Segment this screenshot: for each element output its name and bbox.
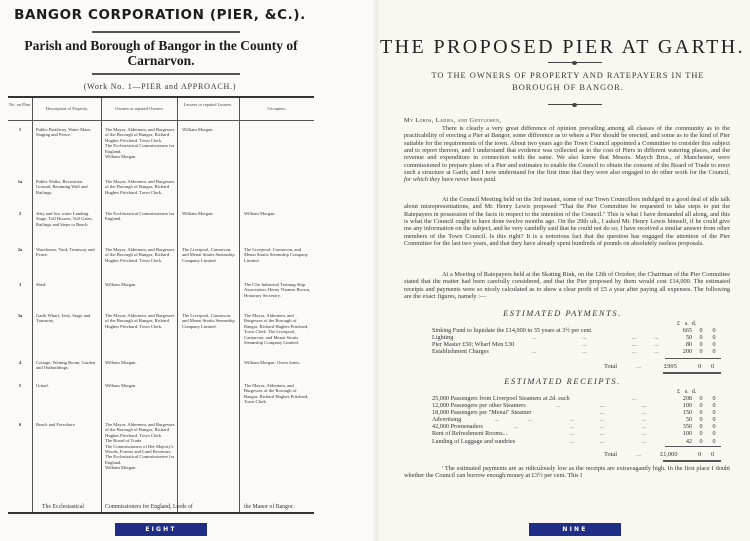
header-lessees: Lessees or reputed Lessees.	[179, 102, 237, 108]
row-description: Public Walks, Recreation Ground, Retaini…	[36, 179, 98, 195]
receipt-row: 25,000 Passengers from Liverpool Steamer…	[432, 395, 722, 402]
total-double-rule	[663, 460, 721, 462]
row-no: 6	[8, 422, 32, 427]
row-owners: The Mayor, Aldermen, and Burgesses of th…	[105, 247, 175, 263]
currency-header: £ s. d.	[677, 388, 696, 395]
receipt-row: Landing of Luggage and sundries ... ... …	[432, 438, 722, 445]
leader-dots: ...	[636, 363, 641, 370]
header-occupiers: Occupiers.	[241, 106, 313, 112]
receipt-row: Advertising ... ... ... ... ... 50 0 0	[432, 416, 722, 423]
column-divider	[32, 98, 33, 512]
row-owners: William Morgan.	[105, 282, 175, 287]
page-gutter	[372, 0, 380, 541]
row-description: Urinal.	[36, 383, 98, 388]
letter-paragraph-3: At a Meeting of Ratepayers held at the S…	[404, 271, 730, 300]
row-description: Public Roadway, Water Main, Staging and …	[36, 127, 98, 138]
payment-row: Pier Master £50; Wharf Men £30 ... ... .…	[432, 341, 722, 348]
row-owners: William Morgan.	[105, 360, 175, 365]
row-lessees: William Morgan.	[182, 127, 238, 132]
row-no: 3a	[8, 313, 32, 318]
row-description: Shed.	[36, 282, 98, 287]
row-lessees: The Liverpool, Carnarvon, and Menai Stra…	[182, 313, 238, 329]
receipts-heading: ESTIMATED RECEIPTS.	[375, 377, 750, 386]
row-no: 5	[8, 383, 32, 388]
payments-total-d: 0	[711, 363, 714, 370]
ornament-divider	[548, 104, 602, 105]
row-owners: The Mayor, Aldermen, and Burgesses of th…	[105, 422, 175, 471]
left-page-title: BANGOR CORPORATION (PIER, &C.).	[0, 7, 320, 23]
row-no: 3	[8, 282, 32, 287]
title-rule	[92, 31, 240, 33]
right-page-title: THE PROPOSED PIER AT GARTH.	[375, 36, 750, 59]
row-no: 1a	[8, 179, 32, 184]
letter-paragraph-1: There is clearly a very great difference…	[404, 125, 730, 184]
table-header: No. on Plan. Description of Property. Ow…	[8, 98, 314, 121]
receipt-row: 18,000 Passengers per "Menai" Steamer ..…	[432, 409, 722, 416]
receipts-total-s: 0	[698, 451, 701, 458]
header-no: No. on Plan.	[8, 102, 32, 108]
row-owners: The Ecclesiastical Commissioners for Eng…	[105, 211, 175, 222]
row-occupiers: William Morgan. Owen Jones.	[244, 360, 312, 365]
subtitle-rule	[92, 73, 240, 75]
receipts-total-d: 0	[711, 451, 714, 458]
left-page: BANGOR CORPORATION (PIER, &C.). Parish a…	[0, 0, 375, 541]
row-no: 2	[8, 211, 32, 216]
row-occupiers: The Clio Industrial Training Ship Associ…	[244, 282, 312, 298]
leader-dots: ...	[636, 451, 641, 458]
payment-row: Lighting ... ... ... ... 50 0 0	[432, 334, 722, 341]
address-line: TO THE OWNERS OF PROPERTY AND RATEPAYERS…	[408, 70, 728, 94]
row-description: Cottage, Waiting Room, Garden and Outbui…	[36, 360, 98, 371]
payments-heading: ESTIMATED PAYMENTS.	[375, 309, 750, 318]
page-number-badge-nine: NINE	[529, 523, 621, 536]
payment-row: Sinking Fund to liquidate the £14,000 in…	[432, 327, 722, 334]
receipt-row: Rent of Refreshment Rooms... ... ... ...…	[432, 430, 722, 437]
row-description: Garth Wharf, Jetty, Stage and Tramway.	[36, 313, 98, 324]
receipts-list: 25,000 Passengers from Liverpool Steamer…	[432, 395, 722, 445]
column-divider	[177, 98, 178, 512]
row-owners: William Morgan.	[105, 383, 175, 388]
row-occupiers: The Liverpool, Carnarvon, and Menai Stra…	[244, 247, 312, 263]
row-owners: The Mayor, Aldermen, and Burgesses of th…	[105, 127, 175, 159]
column-divider	[101, 98, 102, 512]
row-occupiers: The Mayor, Aldermen, and Burgesses of th…	[244, 383, 312, 405]
row-no: 2a	[8, 247, 32, 252]
currency-header: £ s. d.	[677, 320, 696, 327]
row-description: Beach and Foreshore.	[36, 422, 98, 427]
row-no: 1	[8, 127, 32, 132]
column-divider	[239, 98, 240, 512]
payments-total-amount: £995	[664, 363, 677, 370]
sum-rule	[665, 446, 721, 447]
receipts-total-label: Total	[604, 451, 617, 458]
payment-row: Establishment Charges ... ... ... ... 20…	[432, 348, 722, 355]
receipt-row: 42,000 Promenaders ... ... ... ... 350 0…	[432, 423, 722, 430]
receipts-total-amount: £1,000	[660, 451, 678, 458]
letter-paragraph-4: ' The estimated payments are as ridiculo…	[404, 465, 730, 480]
row-lessees: The Liverpool, Carnarvon, and Menai Stra…	[182, 247, 238, 263]
sum-rule	[665, 358, 721, 359]
page-number-badge-eight: EIGHT	[115, 523, 207, 536]
payments-list: Sinking Fund to liquidate the £14,000 in…	[432, 327, 722, 355]
row-owners: The Mayor, Aldermen, and Burgesses of th…	[105, 313, 175, 329]
work-line: (Work No. 1—PIER and APPROACH.)	[0, 82, 320, 91]
row-no: 4	[8, 360, 32, 365]
receipt-row: 12,000 Passengers per other Steamers ...…	[432, 402, 722, 409]
payments-total-label: Total	[604, 363, 617, 370]
ornament-divider	[548, 62, 602, 63]
left-page-subtitle: Parish and Borough of Bangor in the Coun…	[6, 38, 316, 68]
letter-paragraph-2: At the Council Meeting held on the 3rd i…	[404, 196, 730, 247]
property-table: No. on Plan. Description of Property. Ow…	[8, 96, 314, 514]
header-owners: Owners or reputed Owners.	[103, 106, 176, 112]
row-description: Warehouse, Yard, Tramway and Fence.	[36, 247, 98, 258]
header-description: Description of Property.	[34, 106, 100, 112]
row-description: Jetty and low water Landing Stage, Toll …	[36, 211, 98, 227]
total-double-rule	[663, 372, 721, 374]
row-lessees: William Morgan.	[182, 211, 238, 216]
payments-total-s: 0	[698, 363, 701, 370]
row-owners: The Mayor, Aldermen, and Burgesses of th…	[105, 179, 175, 195]
salutation: My Lords, Ladies, and Gentlemen,	[404, 117, 501, 124]
row-occupiers: William Morgan.	[244, 211, 312, 216]
row-occupiers: The Mayor, Aldermen, and Burgesses of th…	[244, 313, 312, 345]
